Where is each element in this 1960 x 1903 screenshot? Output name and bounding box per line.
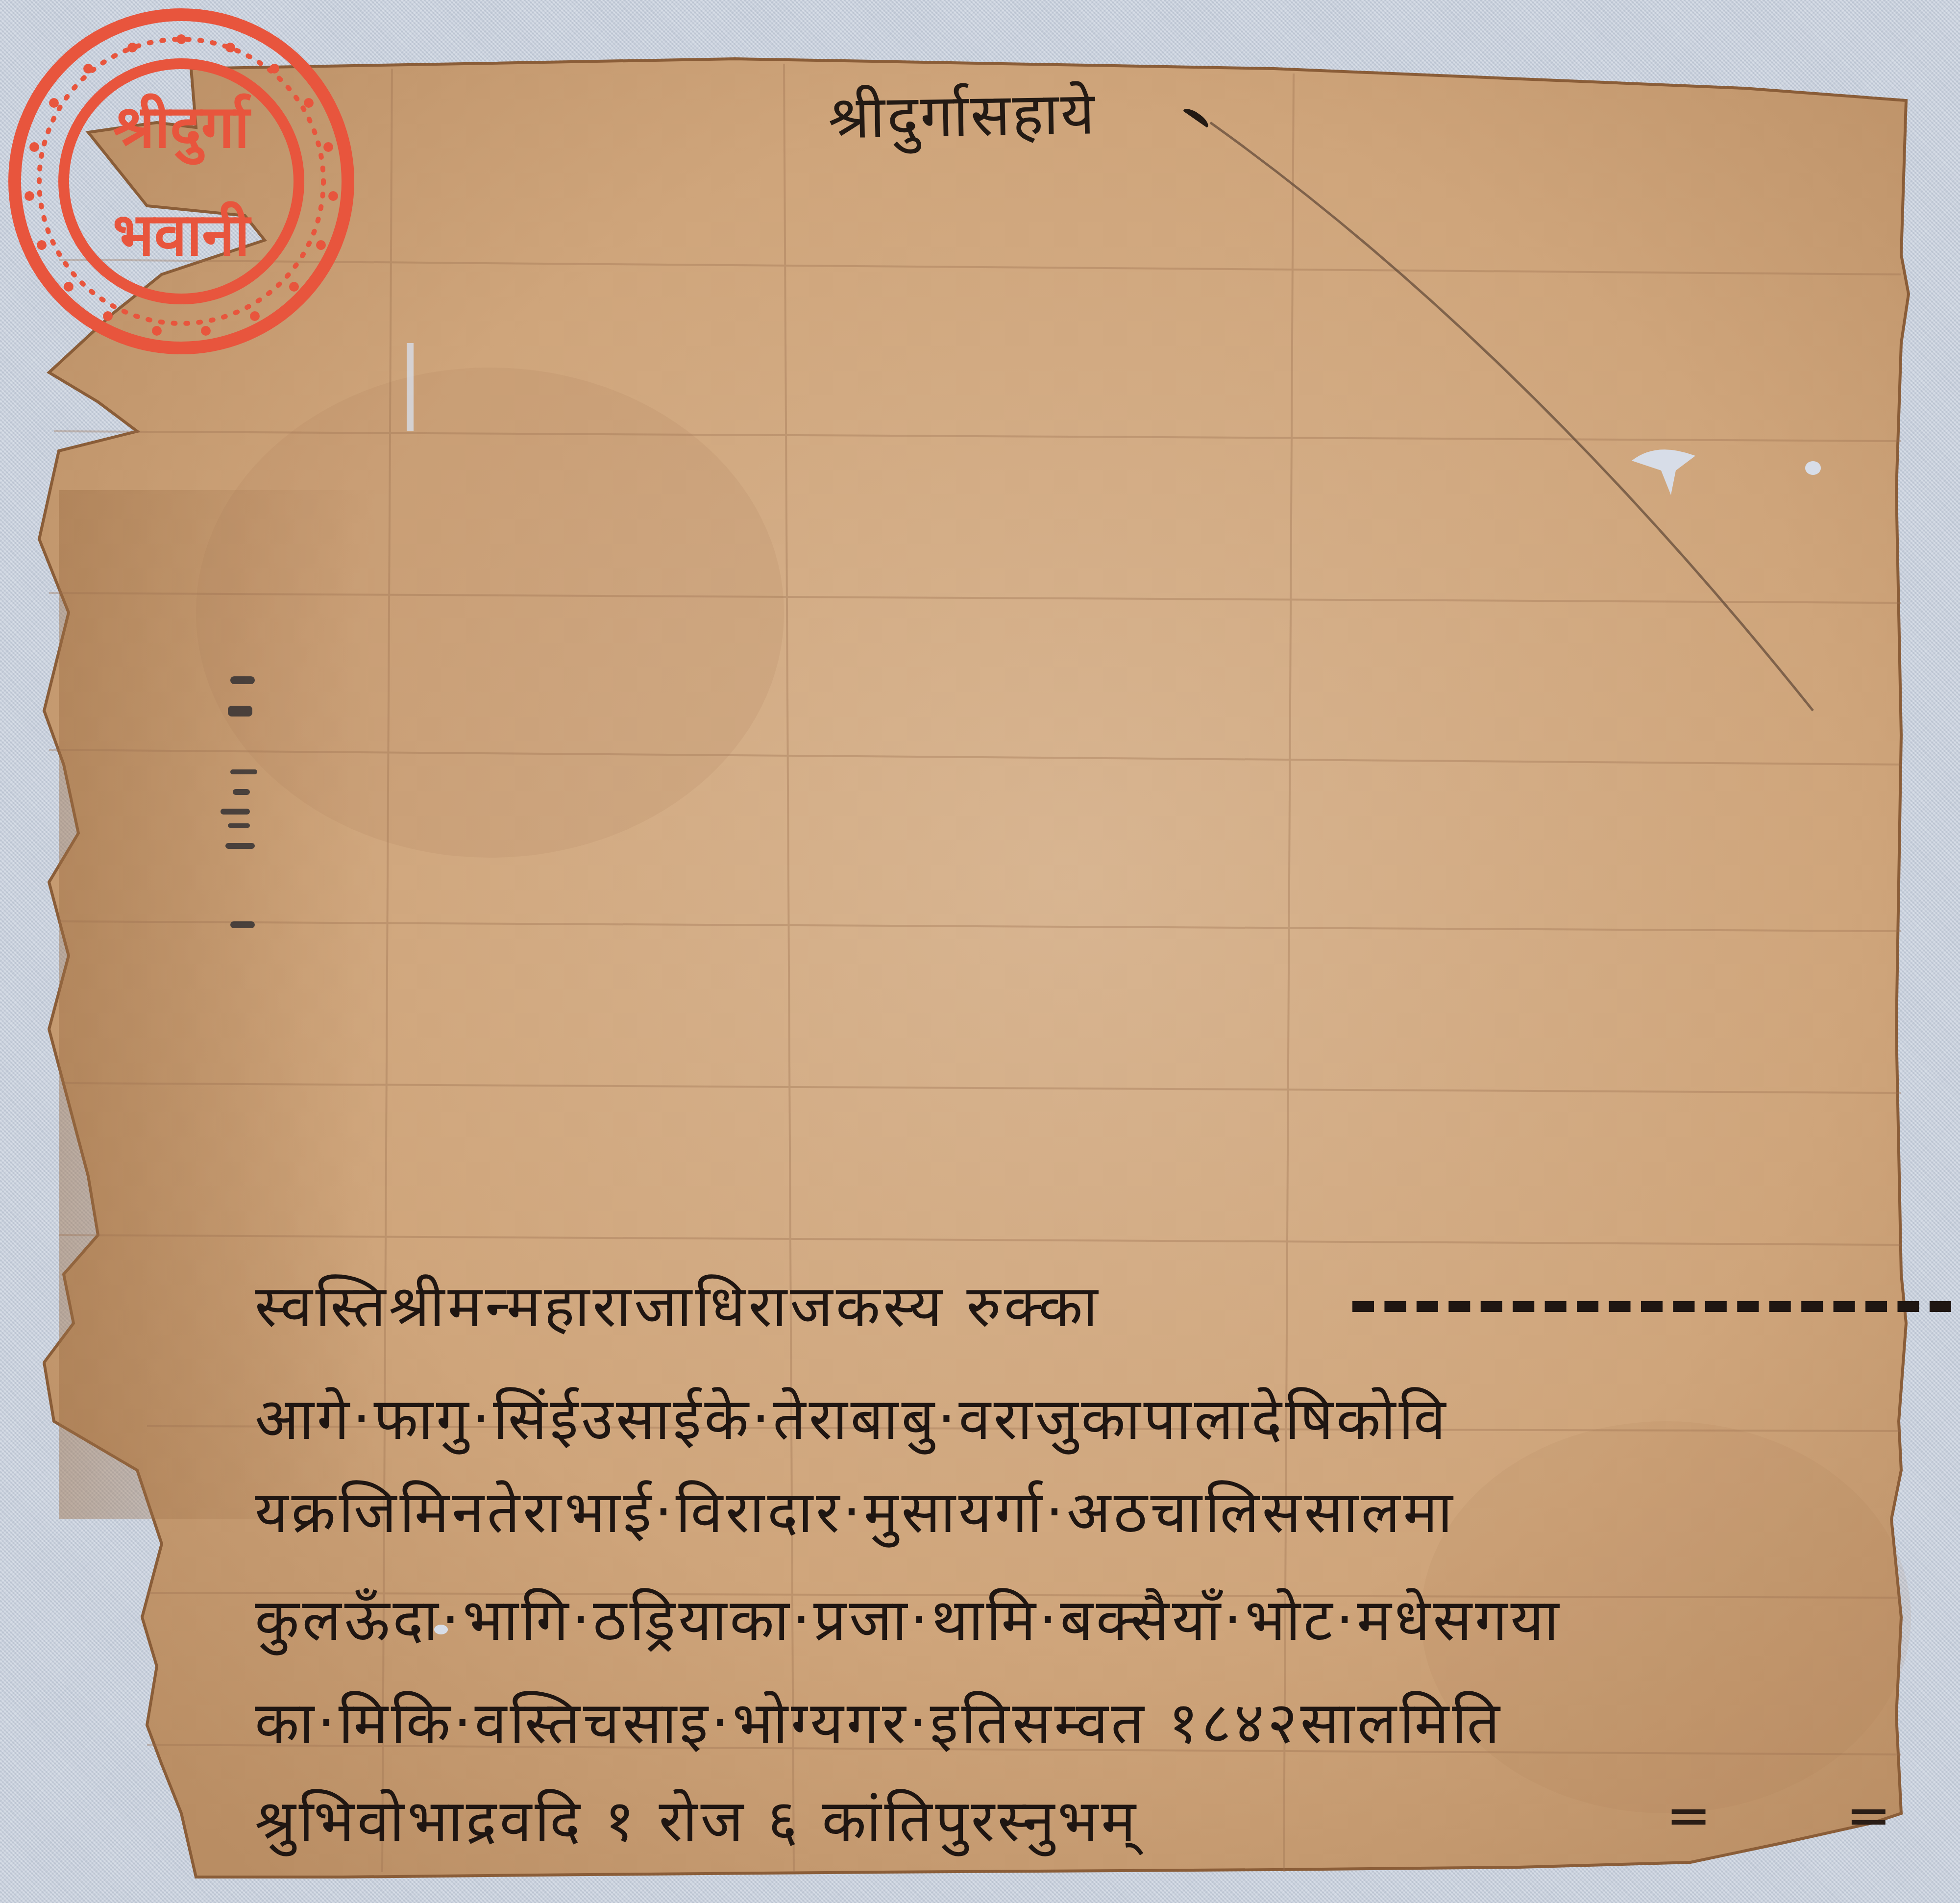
text-line-2: आगे·फागु·सिंईउसाईके·तेराबाबु·वराजुकापाला… xyxy=(255,1377,1448,1456)
text-line-3: यक्रजिमिनतेराभाई·विरादार·मुसायर्गा·अठचाल… xyxy=(255,1470,1456,1549)
text-line-5: का·मिकि·वस्तिचसाइ·भोग्यगर·इतिसम्वत १८४२स… xyxy=(255,1681,1503,1760)
seal-text-bottom: भवानी xyxy=(113,201,252,269)
seal-dot-ring xyxy=(24,34,338,336)
line-1-dashed-filler xyxy=(1352,1301,1960,1312)
manuscript-paper: श्रीदुर्गासहाये xyxy=(0,0,1960,1903)
text-line-6: श्रुभिवोभाद्रवदि १ रोज ६ कांतिपुरस्नुभम् xyxy=(255,1779,1139,1858)
seal-text-top: श्रीदुर्गा xyxy=(113,93,251,165)
closing-equals-marks: = = = = xyxy=(1666,1784,1960,1847)
text-line-1: स्वस्तिश्रीमन्महाराजाधिराजकस्य रुक्का xyxy=(255,1264,1101,1343)
invocation-header: श्रीदुर्गासहाये xyxy=(828,71,1098,156)
text-line-4: कुलऊँदा·भागि·ठड्रियाका·प्रजा·थामि·बक्सैय… xyxy=(255,1578,1562,1657)
margin-ink-marks xyxy=(216,671,255,1112)
red-seal: श्रीदुर्गा भवानी xyxy=(0,0,363,363)
